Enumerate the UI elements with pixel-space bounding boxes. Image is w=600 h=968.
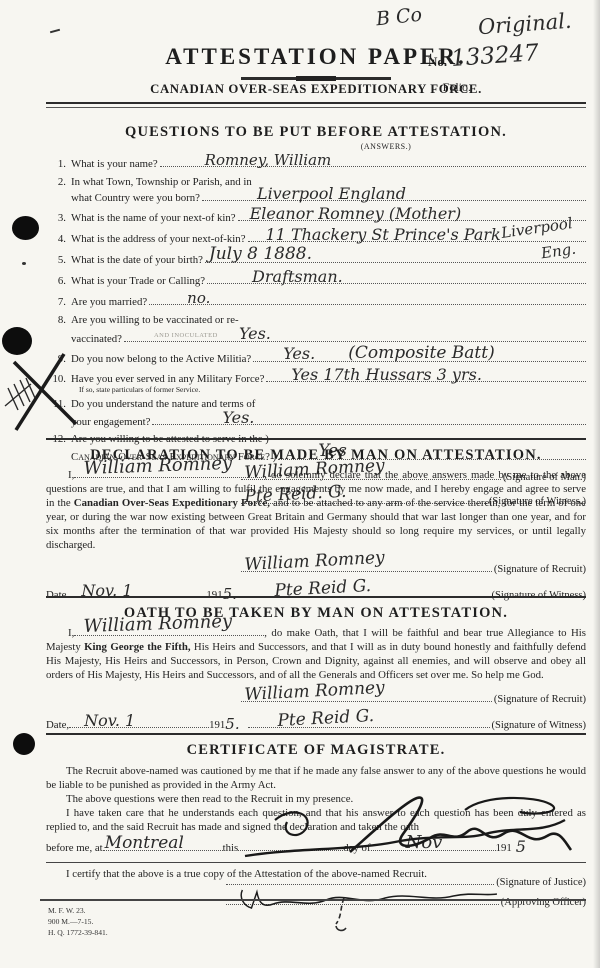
document-title: ATTESTATION PAPER. — [165, 44, 467, 70]
answer-line: AND INOCULATED Yes. — [124, 330, 586, 342]
question-number: 9. — [46, 353, 71, 366]
form-code-1: M. F. W. 23. — [48, 905, 586, 916]
bottom-rule-wrap — [40, 899, 586, 901]
question-row-10: 10. Have you ever served in any Military… — [46, 370, 586, 393]
before-me-row: before me, at Montreal this day of Nov 1… — [46, 836, 586, 855]
ink-dot-artifact — [22, 262, 26, 265]
attestation-paper-page: B Co Original. ATTESTATION PAPER. No. 13… — [0, 0, 600, 968]
section-rule — [46, 862, 586, 863]
form-code-3: H. Q. 1772-39-841. — [48, 927, 586, 938]
no-label: No. — [428, 54, 447, 69]
answer-line: no. — [149, 293, 586, 305]
name-blank-line: William Romney — [74, 626, 264, 636]
question-number: 3. — [46, 212, 71, 225]
handwritten-signature-witness: Pte Reid G. — [277, 706, 375, 731]
oath-body-bold: King George the Fifth, — [84, 641, 190, 653]
question-label: Do you understand the nature and terms o… — [71, 398, 586, 411]
certificate-paragraph-1: The Recruit above-named was cautioned by… — [46, 764, 586, 792]
certificate-heading: CERTIFICATE OF MAGISTRATE. — [46, 742, 586, 759]
this-label: this — [223, 842, 239, 854]
handwritten-month: Nov — [406, 832, 443, 853]
question-row-9: 9. Do you now belong to the Active Milit… — [46, 350, 586, 366]
handwritten-date: Nov. 1 — [84, 711, 135, 730]
answer-line: Yes. — [152, 413, 586, 425]
question-label-line2: vaccinated? — [71, 333, 122, 346]
signature-of-recruit-label: (Signature of Recruit) — [492, 564, 586, 575]
form-code-2: 900 M.—7-15. — [48, 916, 586, 927]
day-of-label: day of — [343, 842, 370, 854]
title-divider — [241, 77, 391, 80]
handwritten-original-annotation: Original. — [477, 9, 572, 39]
folio-label: Folio. — [443, 80, 471, 95]
answer-line: July 8 1888. — [205, 251, 586, 263]
oath-paragraph: I,William Romney, do make Oath, that I w… — [46, 626, 586, 682]
day-blank — [238, 839, 343, 851]
question-label-line2: what Country were you born? — [71, 192, 200, 205]
oath-recruit-signature: William Romney (Signature of Recruit) — [241, 688, 586, 705]
number-group: No. 133247 — [428, 46, 578, 72]
handwritten-answer: 11 Thackery St Prince's Park — [266, 225, 501, 244]
question-number: 8. — [46, 314, 71, 327]
signature-of-recruit-label: (Signature of Recruit) — [492, 694, 586, 705]
handwritten-answer: Eleanor Romney (Mother) — [250, 204, 462, 223]
punch-hole-bottom — [13, 733, 35, 755]
question-label: What is the name of your next-of kin? — [71, 212, 236, 225]
punch-hole-top — [12, 216, 39, 240]
question-label: Are you willing to be vaccinated or re- — [71, 314, 586, 327]
form-footer: M. F. W. 23. 900 M.—7-15. H. Q. 1772-39-… — [48, 905, 586, 938]
signature-line: William Romney — [241, 558, 492, 572]
answer-line: Draftsman. — [207, 272, 586, 284]
question-note: If so, state particulars of former Servi… — [79, 386, 586, 394]
question-number: 2. — [46, 176, 71, 189]
handwritten-service-number: 133247 — [450, 40, 539, 72]
handwritten-answer: no. — [187, 289, 210, 307]
handwritten-answer: Romney, William — [205, 151, 332, 169]
question-row-7: 7. Are you married? no. — [46, 293, 586, 309]
handwritten-answer: Yes 17th Hussars 3 yrs. — [291, 365, 482, 384]
true-copy-statement: I certify that the above is a true copy … — [46, 867, 586, 881]
oath-date-row: Date, Nov. 1 191 5. Pte Reid G. (Signatu… — [46, 714, 586, 732]
question-number: 11. — [46, 398, 71, 411]
certificate-paragraph-2: The above questions were then read to th… — [46, 792, 586, 806]
handwritten-answer: Liverpool England — [257, 184, 406, 203]
date-label: Date, — [46, 719, 69, 731]
question-number: 5. — [46, 254, 71, 267]
answer-line: Liverpool England — [202, 189, 586, 201]
signature-of-witness-label: (Signature of Witness) — [490, 720, 586, 731]
true-copy-section: I certify that the above is a true copy … — [46, 862, 586, 908]
answers-column-label: (ANSWERS.) — [116, 142, 600, 151]
answer-line: Yes. (Composite Batt) — [253, 350, 586, 362]
handwritten-answer: July 8 1888. — [209, 244, 312, 264]
question-row-8: 8. Are you willing to be vaccinated or r… — [46, 314, 586, 346]
question-label: Do you now belong to the Active Militia? — [71, 353, 251, 366]
signature-line: Pte Reid G. — [248, 714, 490, 728]
header-section: B Co Original. ATTESTATION PAPER. No. 13… — [46, 4, 586, 108]
handwritten-oath-name: William Romney — [83, 609, 232, 638]
year-printed: 191 — [496, 842, 512, 854]
month-blank: Nov — [371, 839, 496, 851]
handwritten-year-digit: 5 — [516, 837, 526, 856]
bottom-rule — [40, 899, 586, 901]
handwritten-answer: Yes. — [222, 408, 254, 427]
signature-line: William Romney — [241, 688, 492, 702]
questions-heading: QUESTIONS TO BE PUT BEFORE ATTESTATION. — [46, 124, 586, 141]
handwritten-answer: Yes. — [239, 324, 271, 343]
handwritten-answer: Draftsman. — [252, 267, 343, 286]
question-row-11: 11. Do you understand the nature and ter… — [46, 398, 586, 429]
question-number: 7. — [46, 296, 71, 309]
question-row-2: 2. In what Town, Township or Parish, and… — [46, 176, 586, 205]
oath-witness-signature: Pte Reid G. (Signature of Witness) — [248, 714, 586, 731]
question-label: What is the date of your birth? — [71, 254, 203, 267]
date-blank: Nov. 1 — [69, 716, 209, 728]
declaration-body-bold: Canadian Over-Seas Expeditionary Force, — [74, 497, 270, 509]
declaration-paragraph: I,William Romney, do solemnly declare th… — [46, 468, 586, 552]
punch-hole-middle — [2, 327, 32, 355]
question-row-6: 6. What is your Trade or Calling? Drafts… — [46, 272, 586, 288]
answer-line: Yes 17th Hussars 3 yrs. — [266, 370, 586, 382]
question-label-line2: your engagement? — [71, 416, 150, 429]
title-row: ATTESTATION PAPER. No. 133247 Folio. — [46, 44, 586, 74]
inoculation-stamp: AND INOCULATED — [154, 332, 218, 340]
question-number: 10. — [46, 373, 71, 386]
answer-line: Romney, William — [160, 155, 586, 167]
declaration-section: DECLARATION TO BE MADE BY MAN ON ATTESTA… — [46, 438, 586, 602]
certificate-paragraph-3: I have taken care that he understands ea… — [46, 806, 586, 834]
question-row-1: 1. What is your name? Romney, William — [46, 155, 586, 171]
year-printed: 191 — [209, 719, 225, 731]
section-rule — [46, 733, 586, 735]
handwritten-place: Montreal — [105, 833, 184, 853]
question-label: Are you married? — [71, 296, 147, 309]
section-rule — [46, 438, 586, 440]
oath-section: OATH TO BE TAKEN BY MAN ON ATTESTATION. … — [46, 596, 586, 732]
handwritten-answer: Yes. — [283, 344, 315, 363]
handwritten-answer-detail: (Composite Batt) — [348, 343, 495, 363]
question-label: What is your Trade or Calling? — [71, 275, 205, 288]
name-blank-line: William Romney — [74, 468, 264, 478]
question-row-5: 5. What is the date of your birth? July … — [46, 251, 586, 267]
handwritten-declarant-name: William Romney — [83, 451, 232, 480]
question-label: What is your name? — [71, 158, 158, 171]
question-number: 6. — [46, 275, 71, 288]
document-subtitle: CANADIAN OVER-SEAS EXPEDITIONARY FORCE. — [46, 82, 586, 97]
place-blank: Montreal — [103, 839, 223, 851]
before-me-label: before me, at — [46, 842, 103, 854]
handwritten-year-digit: 5. — [225, 715, 239, 733]
handwritten-company-annotation: B Co — [375, 4, 423, 31]
declaration-recruit-signature: William Romney (Signature of Recruit) — [241, 558, 586, 575]
question-number: 1. — [46, 158, 71, 171]
section-rule — [46, 596, 586, 598]
question-number: 4. — [46, 233, 71, 246]
section-rule — [46, 102, 586, 108]
